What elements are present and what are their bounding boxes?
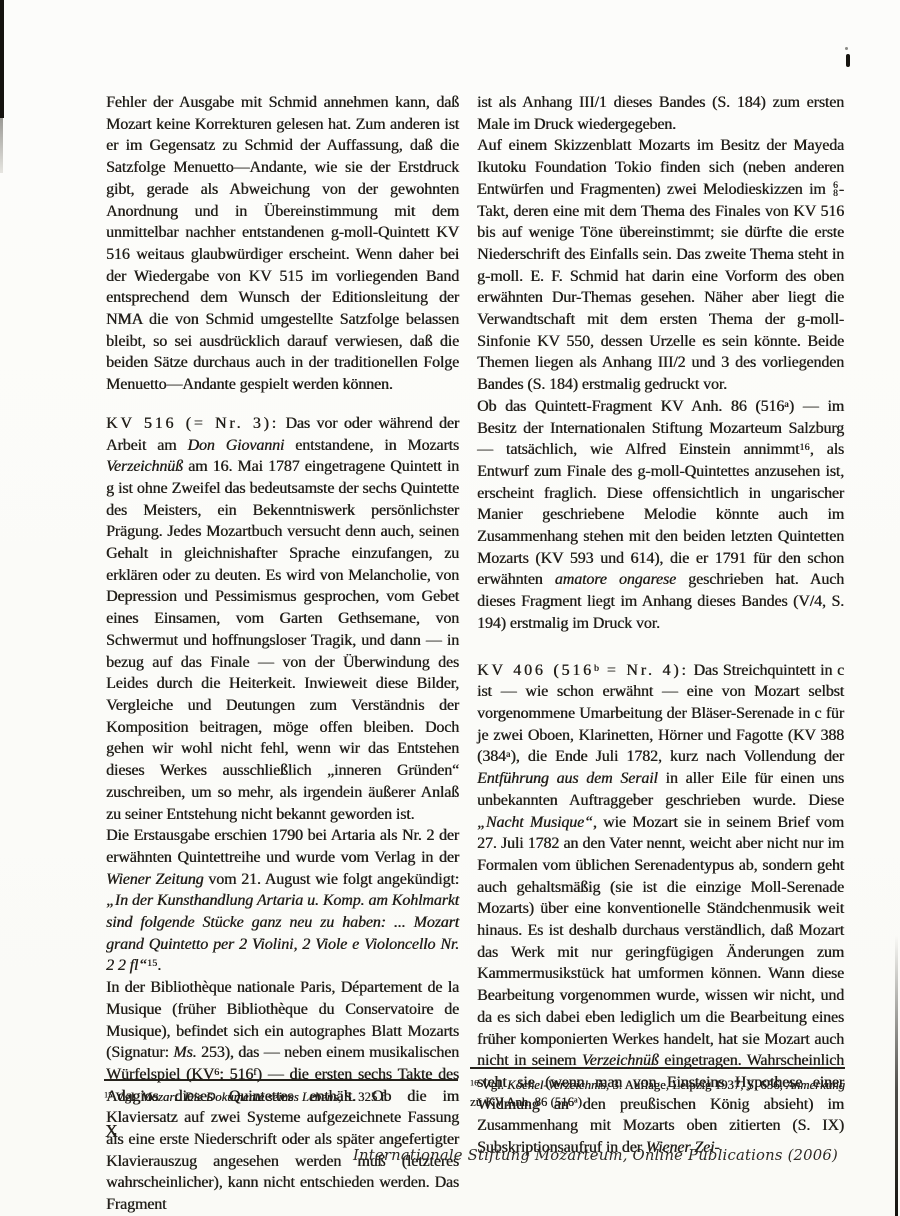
footnote-left: 15 Vgl. Mozart. Die Dokumente seines Leb…: [104, 1079, 458, 1106]
scan-edge-artifact-right: [895, 935, 898, 1216]
scan-edge-artifact-left-fade: [0, 118, 3, 173]
footnote-rule: [470, 1067, 845, 1069]
ink-fleck-dash: [846, 54, 850, 67]
page-number: X: [105, 1121, 118, 1142]
footnote-rule: [104, 1079, 458, 1081]
paragraph: Die Erstausgabe erschien 1790 bei Artari…: [106, 825, 459, 977]
scan-edge-artifact-left: [0, 0, 4, 118]
paragraph: ist als Anhang III/1 dieses Bandes (S. 1…: [477, 92, 844, 135]
paragraph: KV 516 (= Nr. 3): Das vor oder während d…: [106, 413, 459, 825]
scanned-page: Fehler der Ausgabe mit Schmid annehmen k…: [0, 0, 900, 1216]
right-text-column: ist als Anhang III/1 dieses Bandes (S. 1…: [477, 92, 844, 1159]
footnote-text: 16 Vgl. Köchel-Verzeichnis, 3. Auflage, …: [470, 1077, 845, 1111]
footnote-right: 16 Vgl. Köchel-Verzeichnis, 3. Auflage, …: [470, 1067, 845, 1111]
footnote-text: 15 Vgl. Mozart. Die Dokumente seines Leb…: [104, 1089, 458, 1106]
left-text-column: Fehler der Ausgabe mit Schmid annehmen k…: [106, 92, 459, 1216]
paragraph: Ob das Quintett-Fragment KV Anh. 86 (516…: [477, 396, 844, 635]
paragraph: Auf einem Skizzenblatt Mozarts im Besitz…: [477, 135, 844, 395]
time-signature-fraction: 68: [832, 183, 839, 198]
ink-fleck-dot: [845, 47, 848, 50]
paragraph: Fehler der Ausgabe mit Schmid annehmen k…: [106, 92, 459, 396]
footer-credit: Internationale Stiftung Mozarteum, Onlin…: [353, 1147, 838, 1164]
